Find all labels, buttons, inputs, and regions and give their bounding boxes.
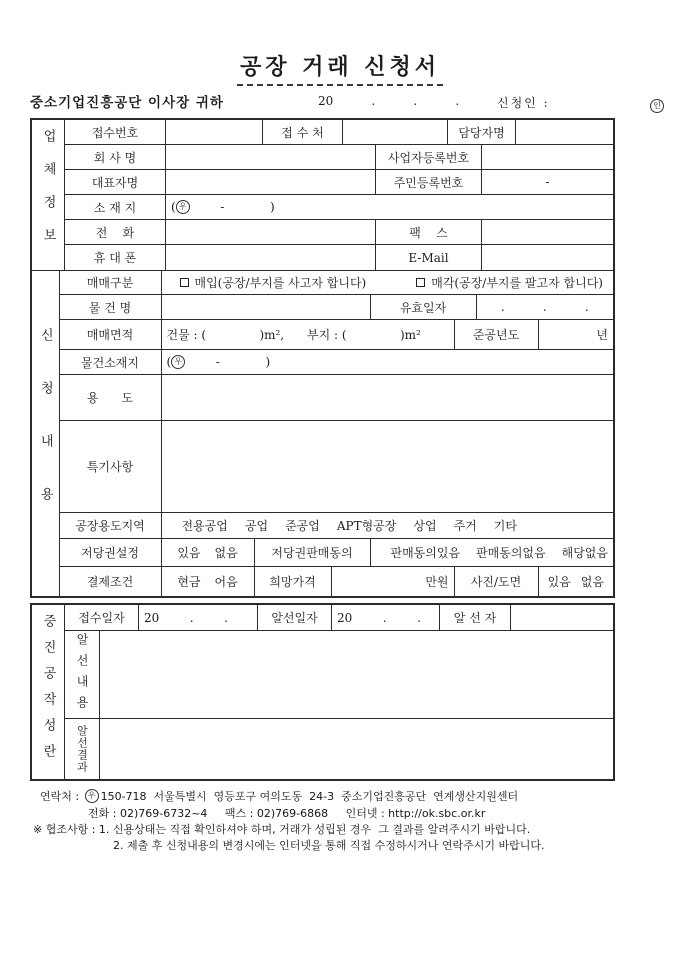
valid-date-label: 유효일자 (371, 295, 477, 319)
biz-reg-no-label: 사업자등록번호 (376, 145, 482, 169)
buy-option-label: 매입(공장/부지를 사고자 합니다) (195, 274, 367, 291)
deal-type-options: 매입(공장/부지를 사고자 합니다) 매각(공장/부지를 팔고자 합니다) (162, 271, 614, 294)
address-label: 소 재 지 (65, 195, 166, 219)
usage-input[interactable] (162, 375, 614, 420)
photo-option-0[interactable]: 있음 (548, 573, 571, 590)
phone-label: 전 화 (65, 220, 166, 244)
zone-option-6[interactable]: 기타 (494, 517, 517, 534)
manager-input[interactable] (516, 120, 613, 144)
table-row: 특기사항 (60, 421, 614, 513)
mortgage-option-0[interactable]: 있음 (177, 544, 200, 561)
payment-option-1[interactable]: 어음 (215, 573, 238, 590)
zone-option-2[interactable]: 준공업 (285, 517, 320, 534)
photo-label: 사진/도면 (455, 567, 539, 596)
photo-options: 있음 없음 (539, 567, 614, 596)
mediator-label: 알 선 자 (440, 605, 511, 630)
email-input[interactable] (482, 245, 613, 270)
footer-note-1: ※ 협조사항 : 1. 신용상태는 직접 확인하셔야 하며, 거래가 성립된 경… (33, 821, 530, 837)
consent-option-2[interactable]: 해당없음 (562, 544, 608, 561)
contact-body: 150-718 서울특별시 영등포구 여의도동 24-3 중소기업진흥공단 연계… (101, 788, 519, 804)
payment-label: 결제조건 (60, 567, 162, 596)
table-row: 전 화 팩 스 (65, 220, 613, 245)
consent-option-0[interactable]: 판매동의있음 (391, 544, 461, 561)
consent-option-1[interactable]: 판매동의없음 (476, 544, 546, 561)
footer-note-2: 2. 제출 후 신청내용의 변경시에는 인터넷을 통해 직접 수정하시거나 연락… (113, 837, 545, 853)
receipt-office-label: 접 수 처 (263, 120, 343, 144)
mortgage-consent-label: 저당권판매동의 (255, 539, 371, 566)
postal-code-icon: 우 (176, 200, 190, 214)
application-date-line[interactable]: 20 . . . (318, 94, 459, 108)
vertical-label-office: 중진공작성란 (42, 614, 55, 770)
table-row: 매매구분 매입(공장/부지를 사고자 합니다) 매각(공장/부지를 팔고자 합니… (60, 271, 614, 295)
receipt-office-input[interactable] (343, 120, 448, 144)
buy-option[interactable]: 매입(공장/부지를 사고자 합니다) (180, 274, 367, 291)
manager-label: 담당자명 (448, 120, 516, 144)
mortgage-label: 저당권설정 (60, 539, 162, 566)
mobile-input[interactable] (166, 245, 376, 270)
receipt-no-label: 접수번호 (65, 120, 166, 144)
seal-icon: 인 (650, 99, 664, 113)
zone-option-5[interactable]: 주거 (454, 517, 477, 534)
form-title: 공장 거래 신청서 (237, 54, 443, 86)
zone-option-0[interactable]: 전용공업 (182, 517, 228, 534)
item-address-input[interactable]: ( 우 - ) (162, 350, 614, 374)
payment-option-0[interactable]: 현금 (177, 573, 200, 590)
buy-checkbox-icon[interactable] (180, 278, 189, 287)
sell-option[interactable]: 매각(공장/부지를 팔고자 합니다) (416, 274, 603, 291)
vertical-label-biz: 업체정보 (42, 129, 55, 261)
mediation-content-label: 알선내용 (65, 631, 100, 718)
paren-open: ( (171, 200, 176, 214)
deal-area-input[interactable]: 건물 : ( )m², 부지 : ( )m² (162, 320, 455, 349)
company-name-input[interactable] (166, 145, 376, 169)
ceo-name-label: 대표자명 (65, 170, 166, 194)
resident-no-label: 주민등록번호 (376, 170, 482, 194)
biz-reg-no-input[interactable] (482, 145, 613, 169)
item-name-input[interactable] (162, 295, 371, 319)
receipt-no-input[interactable] (166, 120, 263, 144)
office-section-vertical-header: 중진공작성란 (32, 605, 65, 779)
email-label: E-Mail (376, 245, 482, 270)
zone-option-1[interactable]: 공업 (245, 517, 268, 534)
fax-label: 팩 스 (376, 220, 482, 244)
completion-year-input[interactable]: 년 (539, 320, 614, 349)
table-row: 저당권설정 있음 없음 저당권판매동의 판매동의있음 판매동의없음 해당없음 (60, 539, 614, 567)
recipient-line: 중소기업진흥공단 이사장 귀하 (30, 91, 224, 111)
footer-contact-line: 연락처 : 우 150-718 서울특별시 영등포구 여의도동 24-3 중소기… (40, 788, 518, 804)
table-row: 휴 대 폰 E-Mail (65, 245, 613, 270)
payment-options: 현금 어음 (162, 567, 255, 596)
mediation-content-vertical-text: 알선내용 (76, 633, 88, 717)
application-section-vertical-header: 신청내용 (32, 271, 60, 596)
ceo-name-input[interactable] (166, 170, 376, 194)
hope-price-label: 희망가격 (255, 567, 332, 596)
special-note-label: 특기사항 (60, 421, 162, 512)
item-address-label: 물건소재지 (60, 350, 162, 374)
completion-year-label: 준공년도 (455, 320, 539, 349)
mediation-result-area[interactable] (100, 719, 613, 779)
zone-option-3[interactable]: APT형공장 (337, 517, 397, 534)
hope-price-input[interactable]: 만원 (332, 567, 455, 596)
application-detail-section: 신청내용 매매구분 매입(공장/부지를 사고자 합니다) 매각(공장/부지를 팔… (32, 270, 613, 596)
special-note-input[interactable] (162, 421, 614, 512)
receipt-date-label: 접수일자 (65, 605, 139, 630)
valid-date-input[interactable]: . . . (477, 295, 614, 319)
phone-input[interactable] (166, 220, 376, 244)
table-row: 알선결과 (65, 719, 613, 779)
mediation-content-area[interactable] (100, 631, 613, 718)
table-row: 매매면적 건물 : ( )m², 부지 : ( )m² 준공년도 년 (60, 320, 614, 350)
postal-dash-close: - ) (190, 200, 275, 214)
zone-label: 공장용도지역 (60, 513, 162, 538)
mediation-result-vertical-text: 알선결과 (77, 725, 88, 773)
table-row: 공장용도지역 전용공업 공업 준공업 APT형공장 상업 주거 기타 (60, 513, 614, 539)
vertical-label-apply: 신청내용 (39, 328, 52, 540)
address-input[interactable]: ( 우 - ) (166, 195, 613, 219)
table-row: 물건소재지 ( 우 - ) (60, 350, 614, 375)
postal-code-icon: 우 (171, 355, 185, 369)
mobile-label: 휴 대 폰 (65, 245, 166, 270)
applicant-label: 신청인 : (497, 94, 550, 111)
table-row: 회 사 명 사업자등록번호 (65, 145, 613, 170)
mediator-input[interactable] (511, 605, 613, 630)
mortgage-option-1[interactable]: 없음 (215, 544, 238, 561)
sell-checkbox-icon[interactable] (416, 278, 425, 287)
table-row: 대표자명 주민등록번호 - (65, 170, 613, 195)
deal-area-label: 매매면적 (60, 320, 162, 349)
office-use-section: 중진공작성란 접수일자 20 . . . 알선일자 20 . . . 알 선 자… (32, 605, 613, 779)
postal-dash-close: - ) (185, 355, 270, 369)
mediation-date-input[interactable]: 20 . . . (332, 605, 440, 630)
table-row: 접수번호 접 수 처 담당자명 (65, 120, 613, 145)
contact-prefix: 연락처 : (40, 788, 83, 804)
table-row: 결제조건 현금 어음 희망가격 만원 사진/도면 있음 없음 (60, 567, 614, 596)
company-name-label: 회 사 명 (65, 145, 166, 169)
table-row: 접수일자 20 . . . 알선일자 20 . . . 알 선 자 (65, 605, 613, 631)
seal-area[interactable]: 인 (650, 91, 664, 113)
office-use-table: 중진공작성란 접수일자 20 . . . 알선일자 20 . . . 알 선 자… (30, 603, 615, 781)
zone-option-4[interactable]: 상업 (413, 517, 436, 534)
footer-phone-line: 전화 : 02)769-6732~4 팩스 : 02)769-6868 인터넷 … (88, 805, 485, 821)
company-info-section: 업체정보 접수번호 접 수 처 담당자명 회 사 명 사업자등록번호 대표자명 … (32, 120, 613, 270)
resident-no-input[interactable]: - (482, 170, 613, 194)
deal-type-label: 매매구분 (60, 271, 162, 294)
main-form-table: 업체정보 접수번호 접 수 처 담당자명 회 사 명 사업자등록번호 대표자명 … (30, 118, 615, 598)
sell-option-label: 매각(공장/부지를 팔고자 합니다) (431, 274, 603, 291)
postal-code-icon: 우 (85, 789, 99, 803)
mediation-date-label: 알선일자 (258, 605, 332, 630)
company-section-vertical-header: 업체정보 (32, 120, 65, 270)
table-row: 알선내용 (65, 631, 613, 719)
table-row: 물 건 명 유효일자 . . . (60, 295, 614, 320)
fax-input[interactable] (482, 220, 613, 244)
item-name-label: 물 건 명 (60, 295, 162, 319)
usage-label: 용 도 (60, 375, 162, 420)
table-row: 소 재 지 ( 우 - ) (65, 195, 613, 220)
table-row: 용 도 (60, 375, 614, 421)
zone-options: 전용공업 공업 준공업 APT형공장 상업 주거 기타 (162, 513, 614, 538)
receipt-date-input[interactable]: 20 . . . (139, 605, 258, 630)
mediation-result-label: 알선결과 (65, 719, 100, 779)
consent-options: 판매동의있음 판매동의없음 해당없음 (371, 539, 614, 566)
photo-option-1[interactable]: 없음 (581, 573, 604, 590)
page-title: 공장 거래 신청서 (0, 50, 680, 81)
mortgage-options: 있음 없음 (162, 539, 255, 566)
